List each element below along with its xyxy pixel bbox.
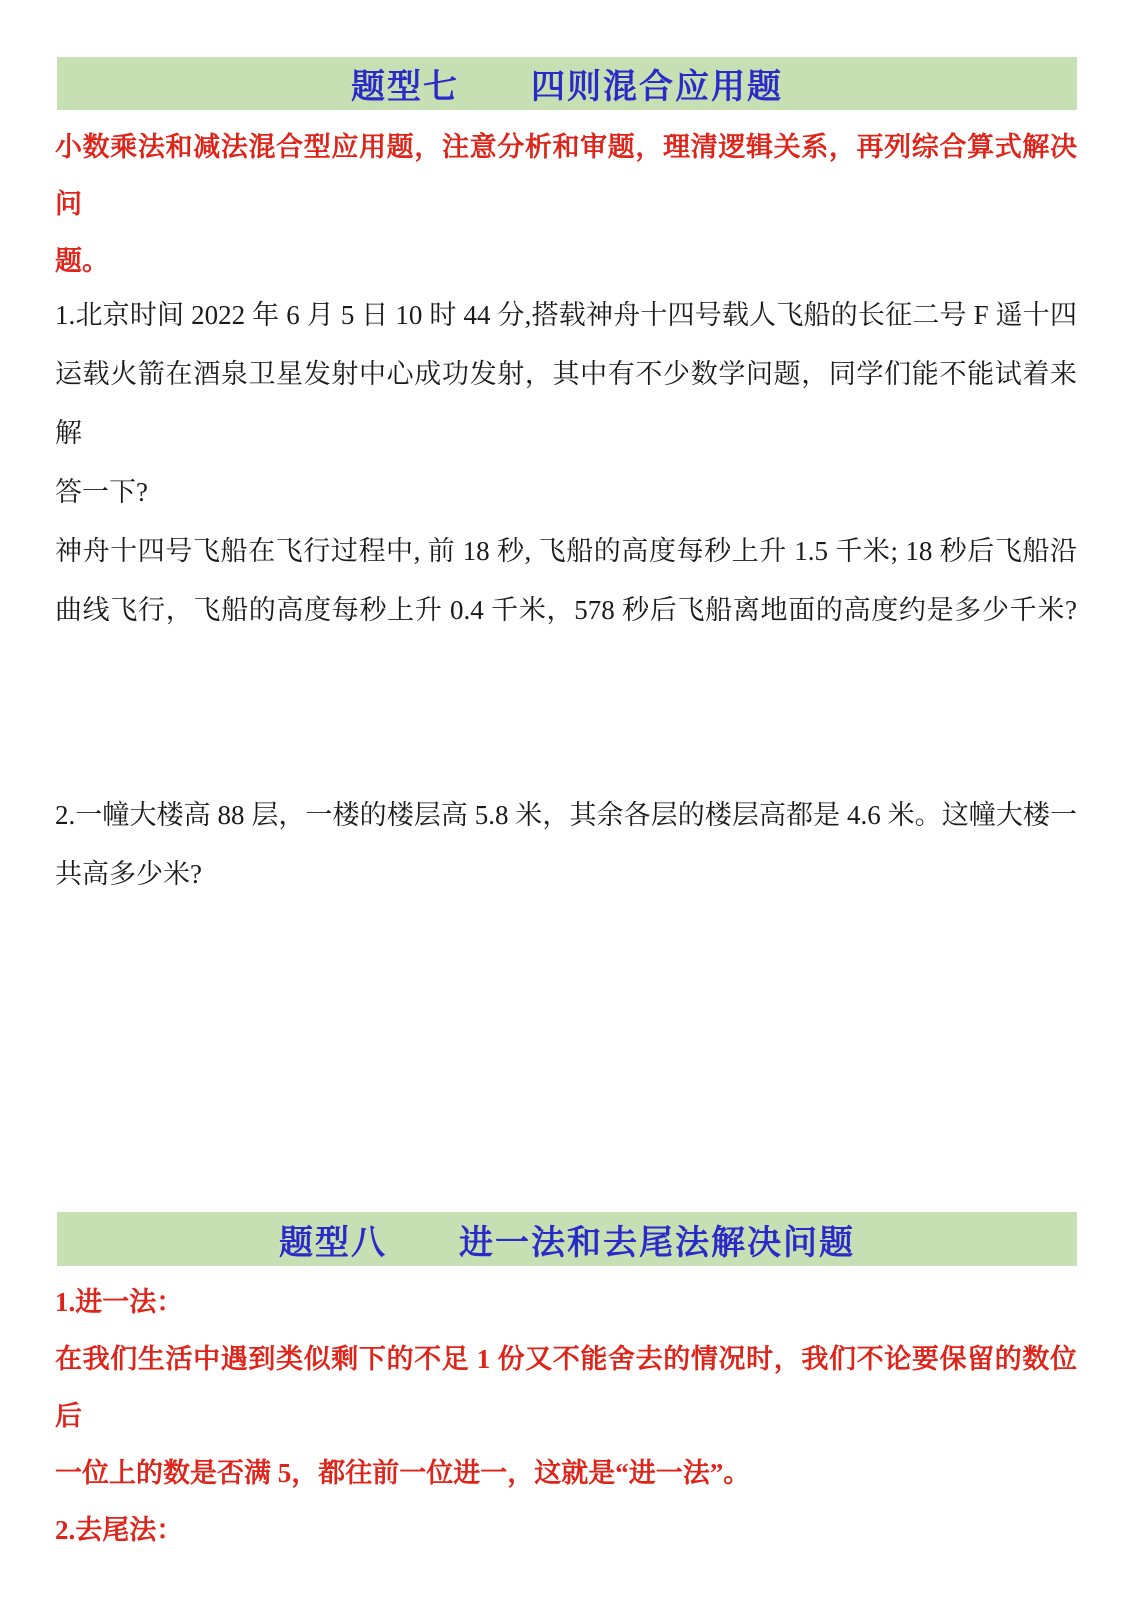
- section8-line-3: 一位上的数是否满 5，都往前一位进一，这就是“进一法”。: [55, 1445, 1077, 1502]
- section8-title: 题型八 进一法和去尾法解决问题: [279, 1215, 855, 1264]
- problem-1-line-4: 神舟十四号飞船在飞行过程中, 前 18 秒, 飞船的高度每秒上升 1.5 千米;…: [55, 522, 1077, 581]
- problem-1: 1.北京时间 2022 年 6 月 5 日 10 时 44 分,搭载神舟十四号载…: [55, 286, 1077, 640]
- problem-1-line-3: 答一下?: [55, 463, 1077, 522]
- section8-line-2: 在我们生活中遇到类似剩下的不足 1 份又不能舍去的情况时，我们不论要保留的数位后: [55, 1331, 1077, 1445]
- intro-line-2: 题。: [55, 233, 1077, 290]
- problem-2-line-1: 2.一幢大楼高 88 层，一楼的楼层高 5.8 米，其余各层的楼层高都是 4.6…: [55, 786, 1077, 845]
- section7-intro-paragraph: 小数乘法和减法混合型应用题，注意分析和审题，理清逻辑关系，再列综合算式解决问 题…: [55, 119, 1077, 290]
- section8-line-1: 1.进一法：: [55, 1274, 1077, 1331]
- section7-title: 题型七 四则混合应用题: [351, 59, 783, 108]
- section8-line-4: 2.去尾法：: [55, 1502, 1077, 1559]
- problem-2-line-2: 共高多少米?: [55, 845, 1077, 904]
- problem-1-line-1: 1.北京时间 2022 年 6 月 5 日 10 时 44 分,搭载神舟十四号载…: [55, 286, 1077, 345]
- section8-paragraph: 1.进一法： 在我们生活中遇到类似剩下的不足 1 份又不能舍去的情况时，我们不论…: [55, 1274, 1077, 1559]
- section8-banner: 题型八 进一法和去尾法解决问题: [57, 1212, 1077, 1266]
- worksheet-page: 题型七 四则混合应用题 小数乘法和减法混合型应用题，注意分析和审题，理清逻辑关系…: [0, 0, 1131, 1600]
- section7-banner: 题型七 四则混合应用题: [57, 57, 1077, 110]
- problem-1-line-5: 曲线飞行，飞船的高度每秒上升 0.4 千米，578 秒后飞船离地面的高度约是多少…: [55, 581, 1077, 640]
- intro-line-1: 小数乘法和减法混合型应用题，注意分析和审题，理清逻辑关系，再列综合算式解决问: [55, 119, 1077, 233]
- problem-2: 2.一幢大楼高 88 层，一楼的楼层高 5.8 米，其余各层的楼层高都是 4.6…: [55, 786, 1077, 904]
- problem-1-line-2: 运载火箭在酒泉卫星发射中心成功发射，其中有不少数学问题，同学们能不能试着来解: [55, 345, 1077, 463]
